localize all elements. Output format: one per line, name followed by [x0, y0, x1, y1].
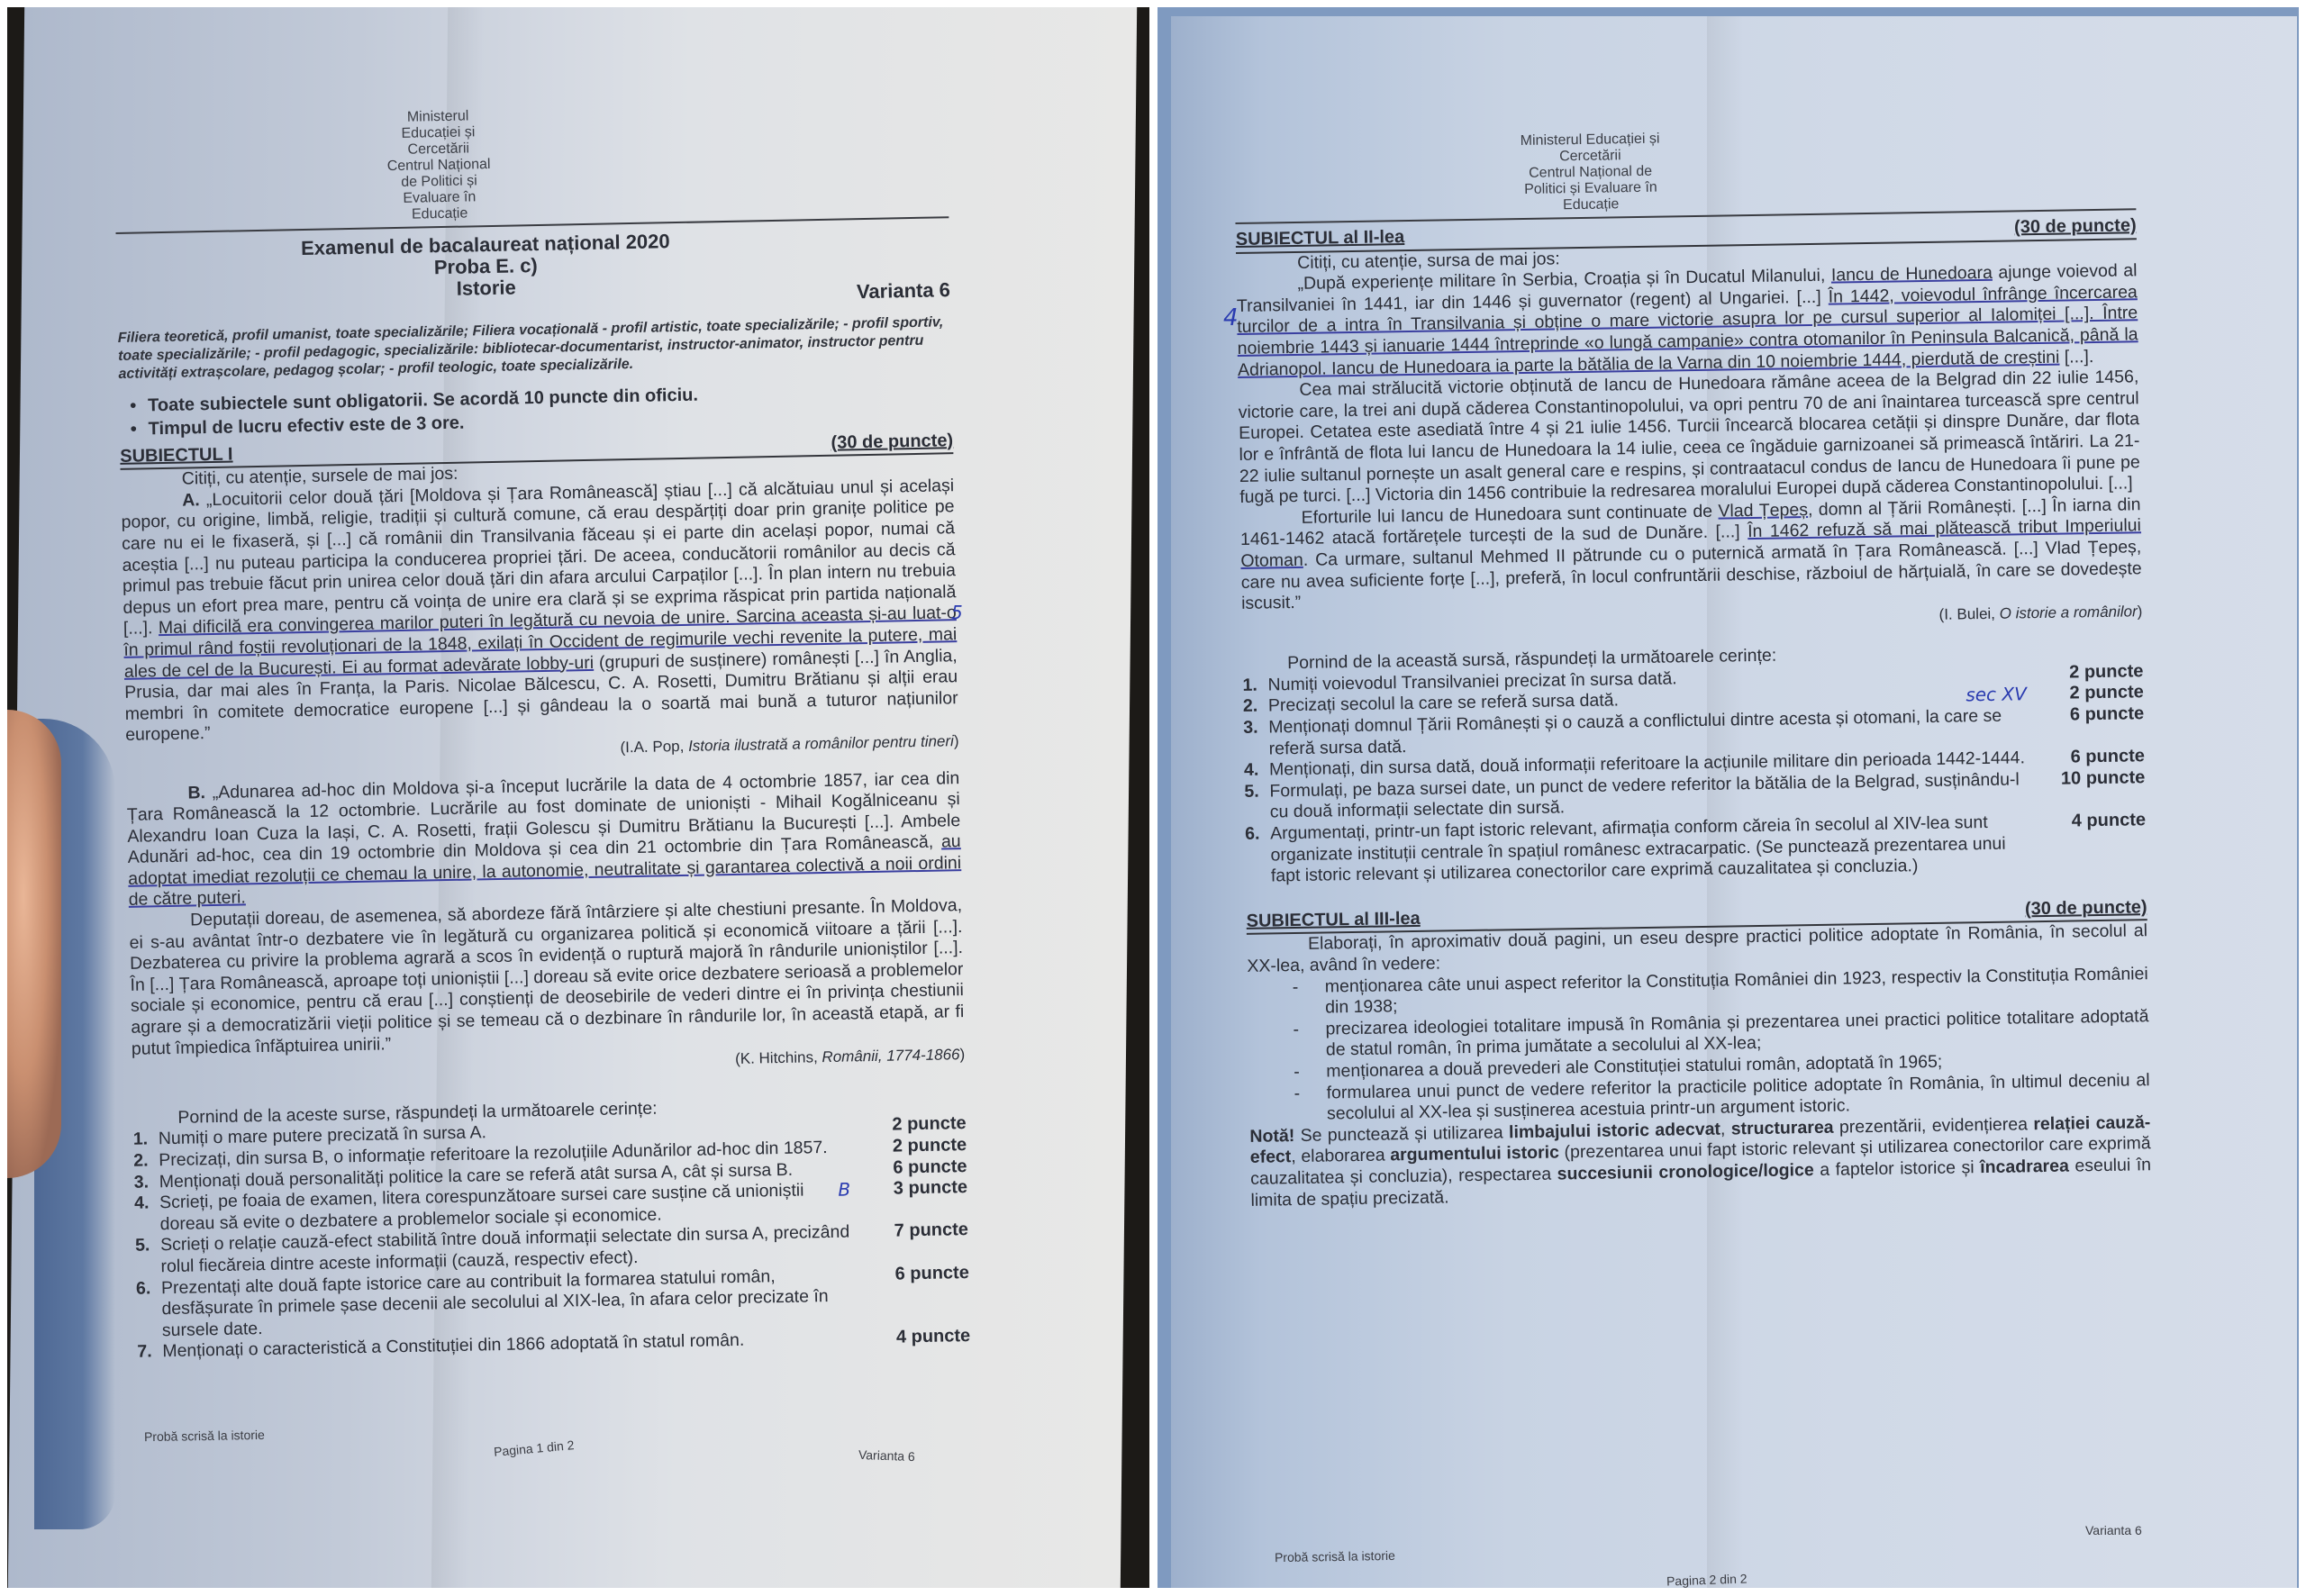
footer-page-number: Pagina 2 din 2: [1666, 1571, 1748, 1588]
question-points: 7 puncte: [851, 1220, 969, 1265]
question-points: 2 puncte: [2026, 661, 2143, 685]
source-a: A. „Locuitorii celor două țări [Moldova …: [121, 476, 958, 747]
question-points: 2 puncte: [849, 1113, 966, 1137]
question-number: 5.: [1244, 781, 1270, 824]
rules-list: Toate subiectele sunt obligatorii. Se ac…: [130, 378, 953, 441]
question-points: 2 puncte: [2027, 683, 2144, 706]
questions-list: 1.Numiți o mare putere precizată în surs…: [133, 1113, 971, 1363]
question-number: 2.: [1243, 696, 1268, 718]
center-name: Centrul Național de Politici și Evaluare…: [1514, 163, 1668, 214]
question-points: 10 puncte: [2028, 767, 2146, 812]
question-points: 6 puncte: [2028, 746, 2145, 769]
source-b: B. „Adunarea ad-hoc din Moldova și-a înc…: [126, 768, 962, 911]
thumb: [7, 710, 61, 1178]
handwritten-margin-note: 5: [951, 602, 963, 623]
dash-bullet: -: [1293, 976, 1326, 1020]
photo-page-1: Ministerul Educației și Cercetării Centr…: [7, 7, 1149, 1588]
question-text: Argumentați, printr-un fapt istoric rele…: [1270, 812, 2029, 887]
question-number: 1.: [133, 1129, 159, 1151]
section-title: SUBIECTUL al II-lea: [1236, 227, 1405, 251]
footer-right: Varianta 6: [858, 1447, 915, 1464]
dash-bullet: -: [1294, 1083, 1327, 1126]
question-points: 2 puncte: [849, 1135, 967, 1158]
source-paragraph-2: Cea mai strălucită victorie obținută de …: [1238, 367, 2140, 508]
question-points: 6 puncte: [2027, 703, 2145, 748]
photo-page-2: Ministerul Educației și Cercetării Centr…: [1158, 7, 2299, 1588]
question-number: 3.: [134, 1172, 159, 1193]
question-points: 4 puncte: [2029, 810, 2147, 875]
question-number: 6.: [1245, 823, 1271, 887]
source-b-continued: Deputații doreau, de asemenea, să aborde…: [129, 895, 965, 1060]
question-number: 4.: [1244, 760, 1269, 782]
center-name: Centrul Național de Politici și Evaluare…: [385, 157, 494, 223]
question-item: 6.Argumentați, printr-un fapt istoric re…: [1245, 810, 2147, 887]
handwritten-answer: sec XV: [1966, 685, 2027, 707]
questions-list: 1.Numiți voievodul Transilvaniei preciza…: [1242, 661, 2147, 888]
section-title: SUBIECTUL al III-lea: [1246, 909, 1420, 933]
source-a-label: A.: [182, 490, 200, 510]
question-number: 5.: [135, 1236, 161, 1279]
ministry-name: Ministerul Educației și Cercetării: [384, 108, 493, 159]
footer-right: Varianta 6: [2085, 1523, 2142, 1537]
source-paragraph-3: Eforturile lui Iancu de Hunedoara sunt c…: [1239, 494, 2142, 615]
question-number: 1.: [1242, 675, 1267, 696]
source-paragraph-1: „După experiențe militare în Serbia, Cro…: [1236, 260, 2138, 381]
page-2-content: Ministerul Educației și Cercetării Centr…: [1234, 123, 2152, 1211]
footer-left: Probă scrisă la istorie: [144, 1428, 265, 1444]
question-points: 6 puncte: [849, 1156, 967, 1180]
question-points: 3 puncte: [850, 1177, 968, 1222]
source-b-label: B.: [187, 783, 205, 803]
question-number: 7.: [137, 1342, 162, 1364]
dash-bullet: -: [1293, 1019, 1326, 1062]
footer-left: Probă scrisă la istorie: [1275, 1548, 1395, 1564]
question-number: 3.: [1243, 718, 1269, 761]
filiera-text: Filiera teoretică, profil umanist, toate…: [118, 313, 952, 384]
question-points: 6 puncte: [852, 1263, 970, 1328]
section-title: SUBIECTUL I: [120, 444, 233, 467]
question-number: 2.: [133, 1150, 159, 1172]
question-points: 4 puncte: [853, 1326, 970, 1349]
section-points: (30 de puncte): [2014, 215, 2137, 239]
note: Notă! Se punctează și utilizarea limbaju…: [1249, 1112, 2151, 1211]
section-points: (30 de puncte): [831, 431, 953, 454]
dash-bullet: -: [1294, 1061, 1326, 1083]
ministry-name: Ministerul Educației și Cercetării: [1513, 131, 1667, 166]
section-points: (30 de puncte): [2025, 897, 2147, 920]
handwritten-margin-note: 4: [1223, 304, 1239, 331]
essay-requirements: -menționarea câte unui aspect referitor …: [1293, 964, 2150, 1126]
question-number: 6.: [136, 1278, 162, 1342]
handwritten-answer: B: [838, 1180, 851, 1222]
question-number: 4.: [134, 1192, 160, 1236]
page-1-content: Ministerul Educației și Cercetării Centr…: [113, 99, 970, 1363]
